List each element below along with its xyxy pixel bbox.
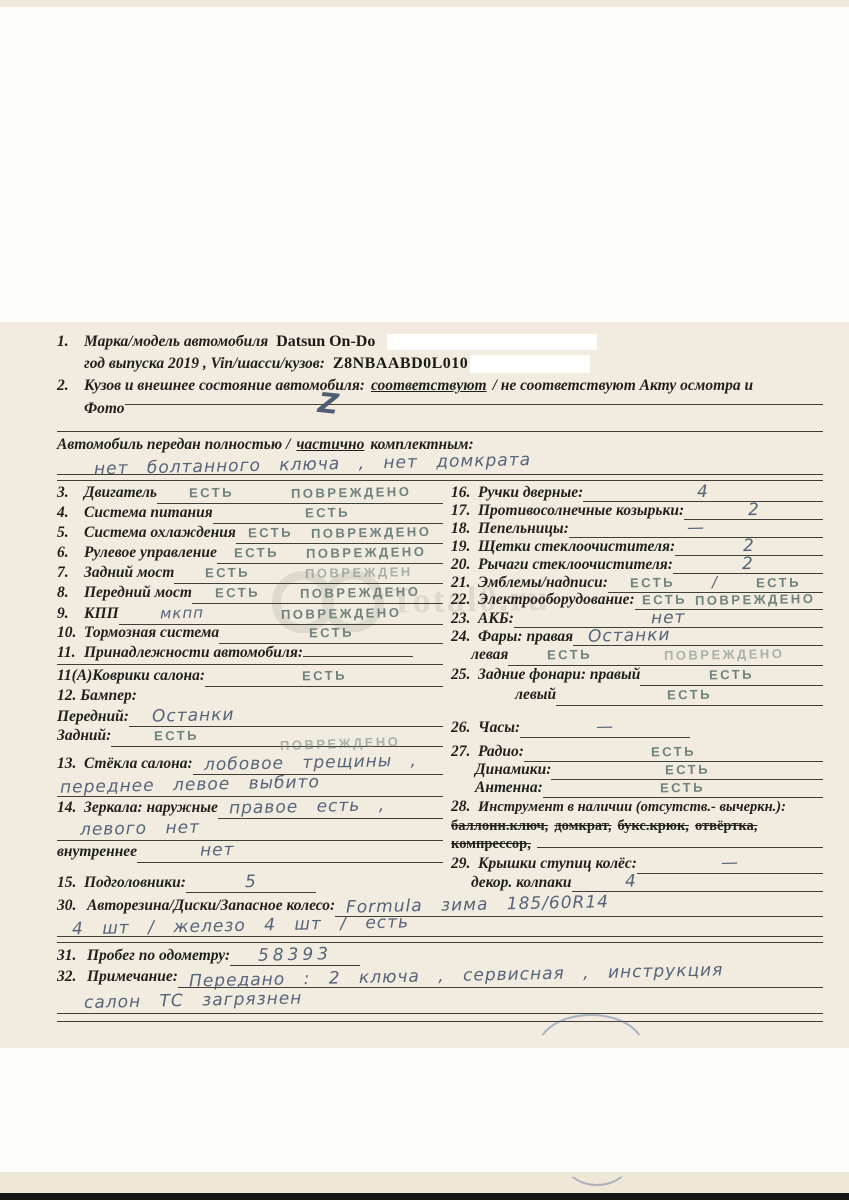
row-radio: 27.Радио:ЕСТЬ: [451, 743, 823, 761]
row-notes: 32. Примечание: Передано : 2 ключа , сер…: [57, 965, 823, 987]
item-number: 16.: [451, 484, 478, 502]
fill-line: ЕСТЬ: [524, 743, 823, 762]
redaction-box: [387, 334, 597, 350]
est-stamp: ЕСТЬ: [642, 591, 687, 610]
item-number: 10.: [57, 623, 84, 643]
damaged-stamp: ПОВРЕЖДЕНО: [311, 522, 432, 544]
item-number: 32.: [57, 966, 87, 988]
est-stamp: ЕСТЬ: [665, 761, 710, 780]
est-stamp: ЕСТЬ: [651, 743, 696, 762]
row-decor-caps: декор. колпаки4: [451, 873, 823, 891]
fill-line: ЕСТЬ: [205, 666, 443, 687]
fill-line: —: [637, 853, 823, 874]
row-mirror-inner: внутреннеенет: [57, 840, 443, 862]
fill-line: 4 шт / железо 4 шт / есть: [57, 916, 823, 937]
redaction-box: [470, 355, 590, 373]
row-ashtrays: 18.Пепельницы:—: [451, 519, 823, 537]
row-bumper-front: Передний:Останки: [57, 706, 443, 726]
row-wiper-arms: 20.Рычаги стеклоочистителя:2: [451, 555, 823, 573]
handwritten-slash: /: [712, 573, 718, 591]
tool-item-struck: букс.крюк,: [617, 817, 688, 835]
row-emblems: 21.Эмблемы/надписи:ЕСТЬ/ЕСТЬ: [451, 573, 823, 591]
make-model-value: Datsun On-Do: [276, 331, 375, 353]
scan-top-edge: [0, 0, 849, 7]
fill-line: ЕСТЬПОВРЕЖДЕНО: [236, 523, 443, 544]
est-stamp: ЕСТЬ: [248, 523, 293, 544]
item-number: 17.: [451, 502, 478, 520]
row-sun-visors: 17.Противосолнечные козырьки:2: [451, 501, 823, 519]
item-label: 11(А)Коврики салона:: [57, 666, 205, 686]
item-number: 19.: [451, 538, 478, 556]
row-tools-list: баллонн.ключ,домкрат,букс.крюк,отвёртка,: [451, 817, 823, 835]
scan-bottom-shadow: [0, 1193, 849, 1200]
handwritten-value: Останки: [576, 626, 671, 646]
handwritten-value: 4 шт / железо 4 шт / есть: [60, 912, 409, 939]
row-taillight-left: левыйЕСТЬ: [451, 685, 823, 705]
row-accessories: 11.Принадлежности автомобиля:: [57, 643, 443, 663]
item-number: 3.: [57, 483, 84, 503]
item-label: Задний мост: [84, 563, 174, 583]
tool-item-struck: баллонн.ключ,: [451, 817, 548, 835]
row-empty-line: [57, 1021, 823, 1041]
handwritten-value: левого нет: [60, 817, 200, 842]
item-label: Примечание:: [87, 966, 178, 988]
fill-line: Z: [125, 404, 823, 405]
row-tires: 30. Авторезина/Диски/Запасное колесо: Fo…: [57, 894, 823, 916]
fill-line: ЕСТЬ: [213, 503, 443, 524]
item-label: Радио:: [478, 743, 524, 761]
damaged-stamp: ПОВРЕЖДЕНО: [664, 644, 785, 666]
item-label: Передний мост: [84, 583, 192, 603]
fill-line: нет болтанного ключа , нет домкрата: [57, 456, 823, 475]
round-seal-bottom-arc: [565, 1140, 629, 1186]
handwritten-value: переднее левое выбито: [60, 771, 320, 798]
section-divider: [57, 942, 823, 943]
row-bumper-rear: Задний:ЕСТЬПОВРЕЖДЕНО: [57, 726, 443, 746]
checklist-columns: 3.ДвигательЕСТЬПОВРЕЖДЕНО 4.Система пита…: [57, 483, 823, 892]
item-label: Рычаги стеклоочистителя:: [478, 556, 673, 574]
handwritten-value: 2: [742, 555, 754, 573]
fill-line: [303, 656, 413, 657]
item-label: Динамики:: [475, 761, 551, 779]
item-number: 21.: [451, 574, 478, 592]
damaged-stamp: ПОВРЕЖДЕНО: [306, 542, 427, 564]
row-headrests: 15.Подголовники:5: [57, 872, 443, 892]
fill-line: ЕСТЬ: [551, 761, 823, 780]
row-hub-caps: 29.Крышки ступиц колёс:—: [451, 853, 823, 873]
item-label: Инструмент в наличии (отсутств.- вычеркн…: [478, 797, 786, 817]
fill-line: левого нет: [57, 818, 443, 841]
item-label: Двигатель: [84, 483, 157, 503]
item-label: Фото: [84, 397, 125, 421]
item-label: Стёкла салона:: [84, 753, 193, 775]
item-label: Часы:: [478, 718, 520, 738]
handwritten-value: 2: [743, 537, 755, 555]
handwritten-value: —: [687, 519, 705, 537]
item-number: 14.: [57, 797, 84, 819]
row-bumper: 12. Бампер:: [57, 686, 443, 706]
fill-line: ЕСТЬПОВРЕЖДЕНО: [217, 543, 443, 564]
item-number: 28.: [451, 797, 478, 817]
item-number: 5.: [57, 523, 84, 543]
row-glass: 13.Стёкла салона:лобовое трещины ,: [57, 752, 443, 774]
row-headlight-right: 24.Фары: праваяОстанки: [451, 627, 823, 645]
damaged-stamp: ПОВРЕЖДЕНО: [291, 482, 412, 504]
checklist-left-column: 3.ДвигательЕСТЬПОВРЕЖДЕНО 4.Система пита…: [57, 483, 443, 892]
row-make-model: 1. Марка/модель автомобиля Datsun On-Do: [57, 331, 823, 353]
item-label: КПП: [84, 604, 119, 624]
item-label: левая: [471, 645, 508, 665]
fill-line: 4: [583, 483, 823, 502]
row-body-condition: 2. Кузов и внешнее состояние автомобиля:…: [57, 375, 823, 397]
item-number: 11.: [57, 643, 84, 663]
vin-value: Z8NBAABD0L010: [333, 353, 468, 375]
row-rear-axle: 7.Задний мостЕСТЬПОВРЕЖДЕН: [57, 563, 443, 583]
est-stamp: ЕСТЬ: [233, 543, 278, 564]
handwritten-value: нет: [140, 839, 235, 863]
row-tools-label: 28.Инструмент в наличии (отсутств.- выче…: [451, 797, 823, 817]
fill-line: ЕСТЬПОВРЕЖДЕНО: [508, 645, 823, 666]
handwritten-value: 58393: [258, 944, 332, 966]
item-label: Тормозная система: [84, 623, 219, 643]
row-headlight-left: леваяЕСТЬПОВРЕЖДЕНО: [451, 645, 823, 665]
tool-item-struck: компрессор,: [451, 835, 531, 853]
item-label: Пепельницы:: [478, 520, 569, 538]
row-battery: 23.АКБ:нет: [451, 609, 823, 627]
fill-line: нет: [137, 840, 443, 863]
item-number: 30.: [57, 895, 87, 917]
handwritten-value: салон ТС загрязнен: [60, 986, 303, 1015]
handwritten-value: Останки: [132, 705, 235, 727]
row-tools-list2: компрессор,: [451, 835, 823, 853]
item-label: Противосолнечные козырьки:: [478, 502, 684, 520]
checklist-right-column: 16.Ручки дверные:4 17.Противосолнечные к…: [451, 483, 823, 892]
item-number: 4.: [57, 503, 84, 523]
item-label: Принадлежности автомобиля:: [84, 643, 303, 663]
fill-line: ЕСТЬ: [543, 779, 823, 798]
item-number: 31.: [57, 946, 87, 966]
handwritten-value: 5: [245, 872, 257, 892]
item-label: 12. Бампер:: [57, 686, 137, 706]
item-number: 2.: [57, 375, 84, 397]
item-number: 15.: [57, 873, 84, 893]
row-front-axle: 8.Передний мостЕСТЬПОВРЕЖДЕНО: [57, 583, 443, 603]
tool-item-struck: домкрат,: [554, 817, 611, 835]
fill-line: ЕСТЬПОВРЕЖДЕНО: [192, 583, 443, 604]
item-label: Марка/модель автомобиля: [84, 331, 268, 353]
tool-item-struck: отвёртка,: [695, 817, 757, 835]
row-brake-system: 10.Тормозная системаЕСТЬ: [57, 623, 443, 643]
row-clock: 26.Часы:—: [451, 717, 823, 737]
est-stamp: ЕСТЬ: [301, 666, 346, 687]
item-label: Эмблемы/надписи:: [478, 574, 608, 592]
fill-line: ЕСТЬПОВРЕЖДЕНО: [111, 726, 443, 747]
item-label: Пробег по одометру:: [87, 946, 230, 966]
row-door-handles: 16.Ручки дверные:4: [451, 483, 823, 501]
item-number: 22.: [451, 591, 478, 609]
fill-line: ЕСТЬ: [556, 685, 823, 706]
handwritten-value: 4: [574, 872, 636, 891]
section-divider: [57, 480, 823, 481]
item-label: Передний:: [57, 707, 129, 727]
item-label: Щетки стеклоочистителя:: [478, 538, 675, 556]
handwritten-value: 4: [697, 483, 709, 501]
item-label: Рулевое управление: [84, 543, 217, 563]
row-taillight-right: 25.Задние фонари: правыйЕСТЬ: [451, 665, 823, 685]
row-mirrors: 14.Зеркала: наружныеправое есть ,: [57, 796, 443, 818]
item-number: 1.: [57, 331, 84, 353]
scan-bottom-edge: [0, 1172, 849, 1193]
fill-line: 4: [572, 873, 823, 892]
fill-line: мкппПОВРЕЖДЕНО: [119, 603, 443, 625]
est-stamp: ЕСТЬ: [205, 563, 250, 584]
row-fuel-system: 4.Система питанияЕСТЬ: [57, 503, 443, 523]
item-label: Электрооборудование:: [478, 591, 635, 609]
selected-option: частично: [296, 434, 364, 456]
item-number: 27.: [451, 743, 478, 761]
item-number: 9.: [57, 604, 84, 624]
item-label: Фары: правая: [478, 628, 573, 646]
selected-option: соответствуют: [371, 375, 487, 397]
column-divider: [57, 664, 443, 665]
fill-line: переднее левое выбито: [57, 774, 443, 797]
est-stamp: ЕСТЬ: [308, 623, 353, 644]
est-stamp: ЕСТЬ: [547, 645, 592, 666]
handwritten-mark: Z: [318, 403, 338, 405]
item-label: Задние фонари: правый: [478, 665, 640, 685]
est-stamp: ЕСТЬ: [667, 685, 712, 706]
damaged-stamp: ПОВРЕЖДЕНО: [281, 603, 402, 625]
fill-line: Останки: [573, 627, 823, 646]
item-label: АКБ:: [478, 610, 514, 628]
item-label: декор. колпаки: [471, 874, 572, 892]
fill-line: ЕСТЬПОВРЕЖДЕНО: [157, 483, 443, 504]
est-stamp: ЕСТЬ: [188, 483, 233, 504]
item-label: год выпуска 2019 , Vin/шасси/кузов:: [84, 353, 325, 375]
handwritten-value: —: [596, 717, 614, 737]
est-stamp: ЕСТЬ: [305, 503, 350, 524]
row-year-vin: год выпуска 2019 , Vin/шасси/кузов: Z8NB…: [57, 353, 823, 375]
item-number: 13.: [57, 753, 84, 775]
item-label: Автомобиль передан полностью /: [57, 434, 290, 456]
fill-line: 2: [684, 501, 823, 520]
item-number: 29.: [451, 854, 478, 874]
row-steering: 6.Рулевое управлениеЕСТЬПОВРЕЖДЕНО: [57, 543, 443, 563]
item-number: 8.: [57, 583, 84, 603]
row-photo: Фото Z: [57, 397, 823, 421]
section-divider: [57, 431, 823, 432]
damaged-stamp: ПОВРЕЖДЕНО: [300, 582, 421, 604]
row-mirrors-note: левого нет: [57, 818, 443, 840]
item-number: 23.: [451, 610, 478, 628]
item-label: Антенна:: [475, 779, 543, 797]
item-number: 25.: [451, 665, 478, 685]
handwritten-value: нет болтанного ключа , нет домкрата: [60, 451, 531, 479]
fill-line: ЕСТЬ: [640, 665, 823, 686]
item-label: Крышки ступиц колёс:: [478, 854, 637, 874]
item-number: 6.: [57, 543, 84, 563]
item-number: 7.: [57, 563, 84, 583]
item-label: / не соответствуют Акту осмотра и: [493, 375, 754, 397]
item-label: Система питания: [84, 503, 213, 523]
item-number: 18.: [451, 520, 478, 538]
item-label: внутреннее: [57, 841, 137, 863]
fill-line: Передано : 2 ключа , сервисная , инструк…: [178, 965, 823, 988]
est-stamp: ЕСТЬ: [154, 726, 199, 747]
fill-line: —: [569, 519, 823, 538]
handwritten-value: 2: [747, 501, 759, 519]
fill-line: Останки: [129, 706, 443, 727]
handwritten-value: —: [721, 853, 739, 873]
row-cooling-system: 5.Система охлажденияЕСТЬПОВРЕЖДЕНО: [57, 523, 443, 543]
handwritten-value: правое есть ,: [221, 794, 386, 819]
item-number: 26.: [451, 718, 478, 738]
row-wiper-blades: 19.Щетки стеклоочистителя:2: [451, 537, 823, 555]
handwritten-value: мкпп: [160, 603, 204, 624]
fill-line: [537, 847, 823, 848]
row-electrical: 22.Электрооборудование:ЕСТЬПОВРЕЖДЕНО: [451, 591, 823, 609]
row-antenna: Антенна:ЕСТЬ: [451, 779, 823, 797]
est-stamp: ЕСТЬ: [709, 665, 754, 686]
row-engine: 3.ДвигательЕСТЬПОВРЕЖДЕНО: [57, 483, 443, 503]
fill-line: ЕСТЬПОВРЕЖДЕН: [174, 563, 443, 584]
row-floor-mats: 11(А)Коврики салона:ЕСТЬ: [57, 666, 443, 686]
fill-line: ЕСТЬ: [219, 623, 443, 644]
est-stamp: ЕСТЬ: [630, 574, 675, 593]
fill-line: салон ТС загрязнен: [57, 989, 823, 1014]
row-notes-2: салон ТС загрязнен: [57, 989, 823, 1013]
row-tires-note: 4 шт / железо 4 шт / есть: [57, 916, 823, 936]
item-label: левый: [515, 685, 556, 705]
est-stamp: ЕСТЬ: [215, 583, 260, 604]
fill-line: правое есть ,: [218, 796, 443, 819]
row-glass-note: переднее левое выбито: [57, 774, 443, 796]
item-number: 20.: [451, 556, 478, 574]
fill-line: —: [520, 717, 690, 738]
est-stamp: ЕСТЬ: [660, 779, 705, 798]
damaged-stamp: ПОВРЕЖДЕНО: [695, 590, 816, 610]
fill-line: 2: [673, 555, 823, 574]
item-label: Подголовники:: [84, 873, 186, 893]
fill-line: 58393: [230, 945, 360, 966]
row-handover-note: нет болтанного ключа , нет домкрата: [57, 456, 823, 474]
item-label: Ручки дверные:: [478, 484, 583, 502]
row-gearbox: 9.КППмкппПОВРЕЖДЕНО: [57, 603, 443, 623]
item-label: Задний:: [57, 726, 111, 746]
item-number: 24.: [451, 628, 478, 646]
row-speakers: Динамики:ЕСТЬ: [451, 761, 823, 779]
item-label: Система охлаждения: [84, 523, 236, 543]
vehicle-acceptance-form: 1. Марка/модель автомобиля Datsun On-Do …: [57, 331, 823, 1041]
damaged-stamp: ПОВРЕЖДЕН: [305, 562, 413, 584]
fill-line: [57, 1021, 823, 1022]
fill-line: 5: [186, 872, 316, 893]
